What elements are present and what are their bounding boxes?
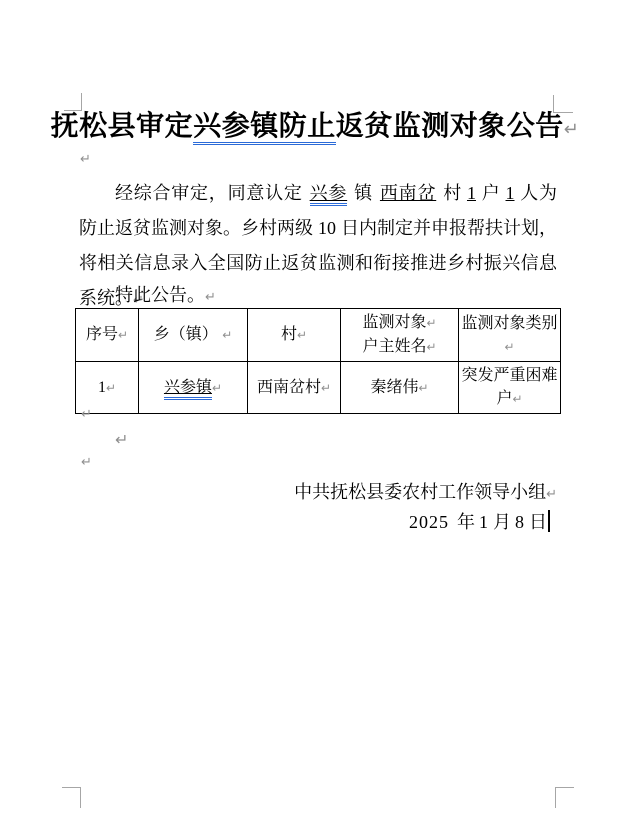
table-header-row: 序号↵ 乡（镇） ↵ 村↵ 监测对象↵ 户主姓名↵ 监测对象类别↵	[76, 309, 561, 362]
margin-mark-bottom-right-icon	[555, 787, 574, 808]
days-number: 10	[318, 218, 336, 238]
index-value: 1	[98, 379, 106, 396]
document-title: 抚松县审定兴参镇防止返贫监测对象公告↵	[0, 104, 630, 144]
town-grammar-flagged-text: 兴参镇	[164, 379, 212, 400]
header-cell-householder: 监测对象↵ 户主姓名↵	[341, 309, 459, 362]
body-text: 经综合审定，同意认定	[115, 183, 303, 203]
date-year: 2025	[409, 512, 449, 532]
body-text: 镇	[354, 183, 373, 203]
title-text-suffix: 返贫监测对象公告	[336, 110, 564, 141]
body-text: 村	[443, 183, 462, 203]
cell-mark: ↵	[512, 392, 522, 406]
header-label-line1: 监测对象↵	[342, 311, 457, 335]
village-text: 西南岔	[380, 183, 436, 203]
header-label: 乡（镇）	[154, 326, 218, 343]
text-cursor	[548, 510, 550, 532]
monitoring-object-table: 序号↵ 乡（镇） ↵ 村↵ 监测对象↵ 户主姓名↵ 监测对象类别↵ 1↵ 兴参镇…	[75, 308, 561, 414]
cell-mark: ↵	[212, 381, 222, 395]
cell-mark: ↵	[504, 340, 514, 354]
cell-mark: ↵	[426, 340, 436, 354]
header-cell-index: 序号↵	[76, 309, 139, 362]
header-cell-category: 监测对象类别↵	[459, 309, 561, 362]
header-label: 村	[281, 326, 297, 343]
paragraph-mark: ↵	[205, 289, 216, 304]
cell-mark: ↵	[321, 381, 331, 395]
cell-householder: 秦绪伟↵	[341, 362, 459, 414]
date-day-unit: 日	[529, 512, 547, 532]
paragraph-mark: ↵	[80, 151, 91, 167]
town-grammar-flagged-text: 兴参	[310, 183, 348, 206]
header-label: 户主姓名	[362, 338, 426, 355]
people-number: 1	[506, 183, 515, 203]
cell-town: 兴参镇↵	[139, 362, 248, 414]
blank-people-field: 1	[501, 183, 520, 203]
signature-date: 2025年1月8日	[409, 508, 550, 534]
blank-households-field: 1	[462, 183, 481, 203]
cell-mark: ↵	[106, 381, 116, 395]
cell-mark: ↵	[418, 381, 428, 395]
cell-village: 西南岔村↵	[248, 362, 341, 414]
cell-category: 突发严重困难户↵	[459, 362, 561, 414]
header-label: 监测对象	[362, 314, 426, 331]
cell-mark: ↵	[222, 328, 232, 342]
header-cell-town: 乡（镇） ↵	[139, 309, 248, 362]
blank-village-field: 西南岔	[373, 183, 443, 203]
paragraph-mark: ↵	[81, 454, 92, 470]
date-day: 8	[515, 512, 525, 532]
village-value: 西南岔村	[257, 379, 321, 396]
cell-mark: ↵	[297, 328, 307, 342]
households-number: 1	[467, 183, 476, 203]
paragraph-mark: ↵	[81, 406, 92, 422]
margin-mark-bottom-left-icon	[62, 787, 81, 808]
paragraph-mark: ↵	[115, 430, 128, 450]
householder-value: 秦绪伟	[370, 379, 418, 396]
title-grammar-flagged-text: 兴参镇防止	[193, 110, 336, 145]
date-year-unit: 年	[457, 512, 475, 532]
header-cell-village: 村↵	[248, 309, 341, 362]
header-label: 序号	[86, 326, 118, 343]
date-month-unit: 月	[493, 512, 511, 532]
paragraph-mark: ↵	[546, 486, 557, 501]
date-month: 1	[479, 512, 489, 532]
category-value: 突发严重困难户	[461, 367, 557, 407]
cell-mark: ↵	[118, 328, 128, 342]
header-label: 监测对象类别	[461, 315, 557, 332]
blank-town-field: 兴参	[303, 183, 355, 203]
title-text-prefix: 抚松县审定	[51, 110, 194, 141]
body-text: 户	[481, 183, 501, 203]
closing-text: 特此公告。	[115, 285, 205, 305]
signature-organization: 中共抚松县委农村工作领导小组↵	[294, 478, 557, 504]
header-label-line2: 户主姓名↵	[342, 335, 457, 359]
paragraph-mark: ↵	[564, 119, 580, 139]
organization-name: 中共抚松县委农村工作领导小组	[294, 482, 546, 502]
cell-mark: ↵	[426, 316, 436, 330]
table-data-row: 1↵ 兴参镇↵ 西南岔村↵ 秦绪伟↵ 突发严重困难户↵	[76, 362, 561, 414]
document-page[interactable]: 抚松县审定兴参镇防止返贫监测对象公告↵ ↵ 经综合审定，同意认定兴参镇西南岔村1…	[0, 0, 630, 827]
